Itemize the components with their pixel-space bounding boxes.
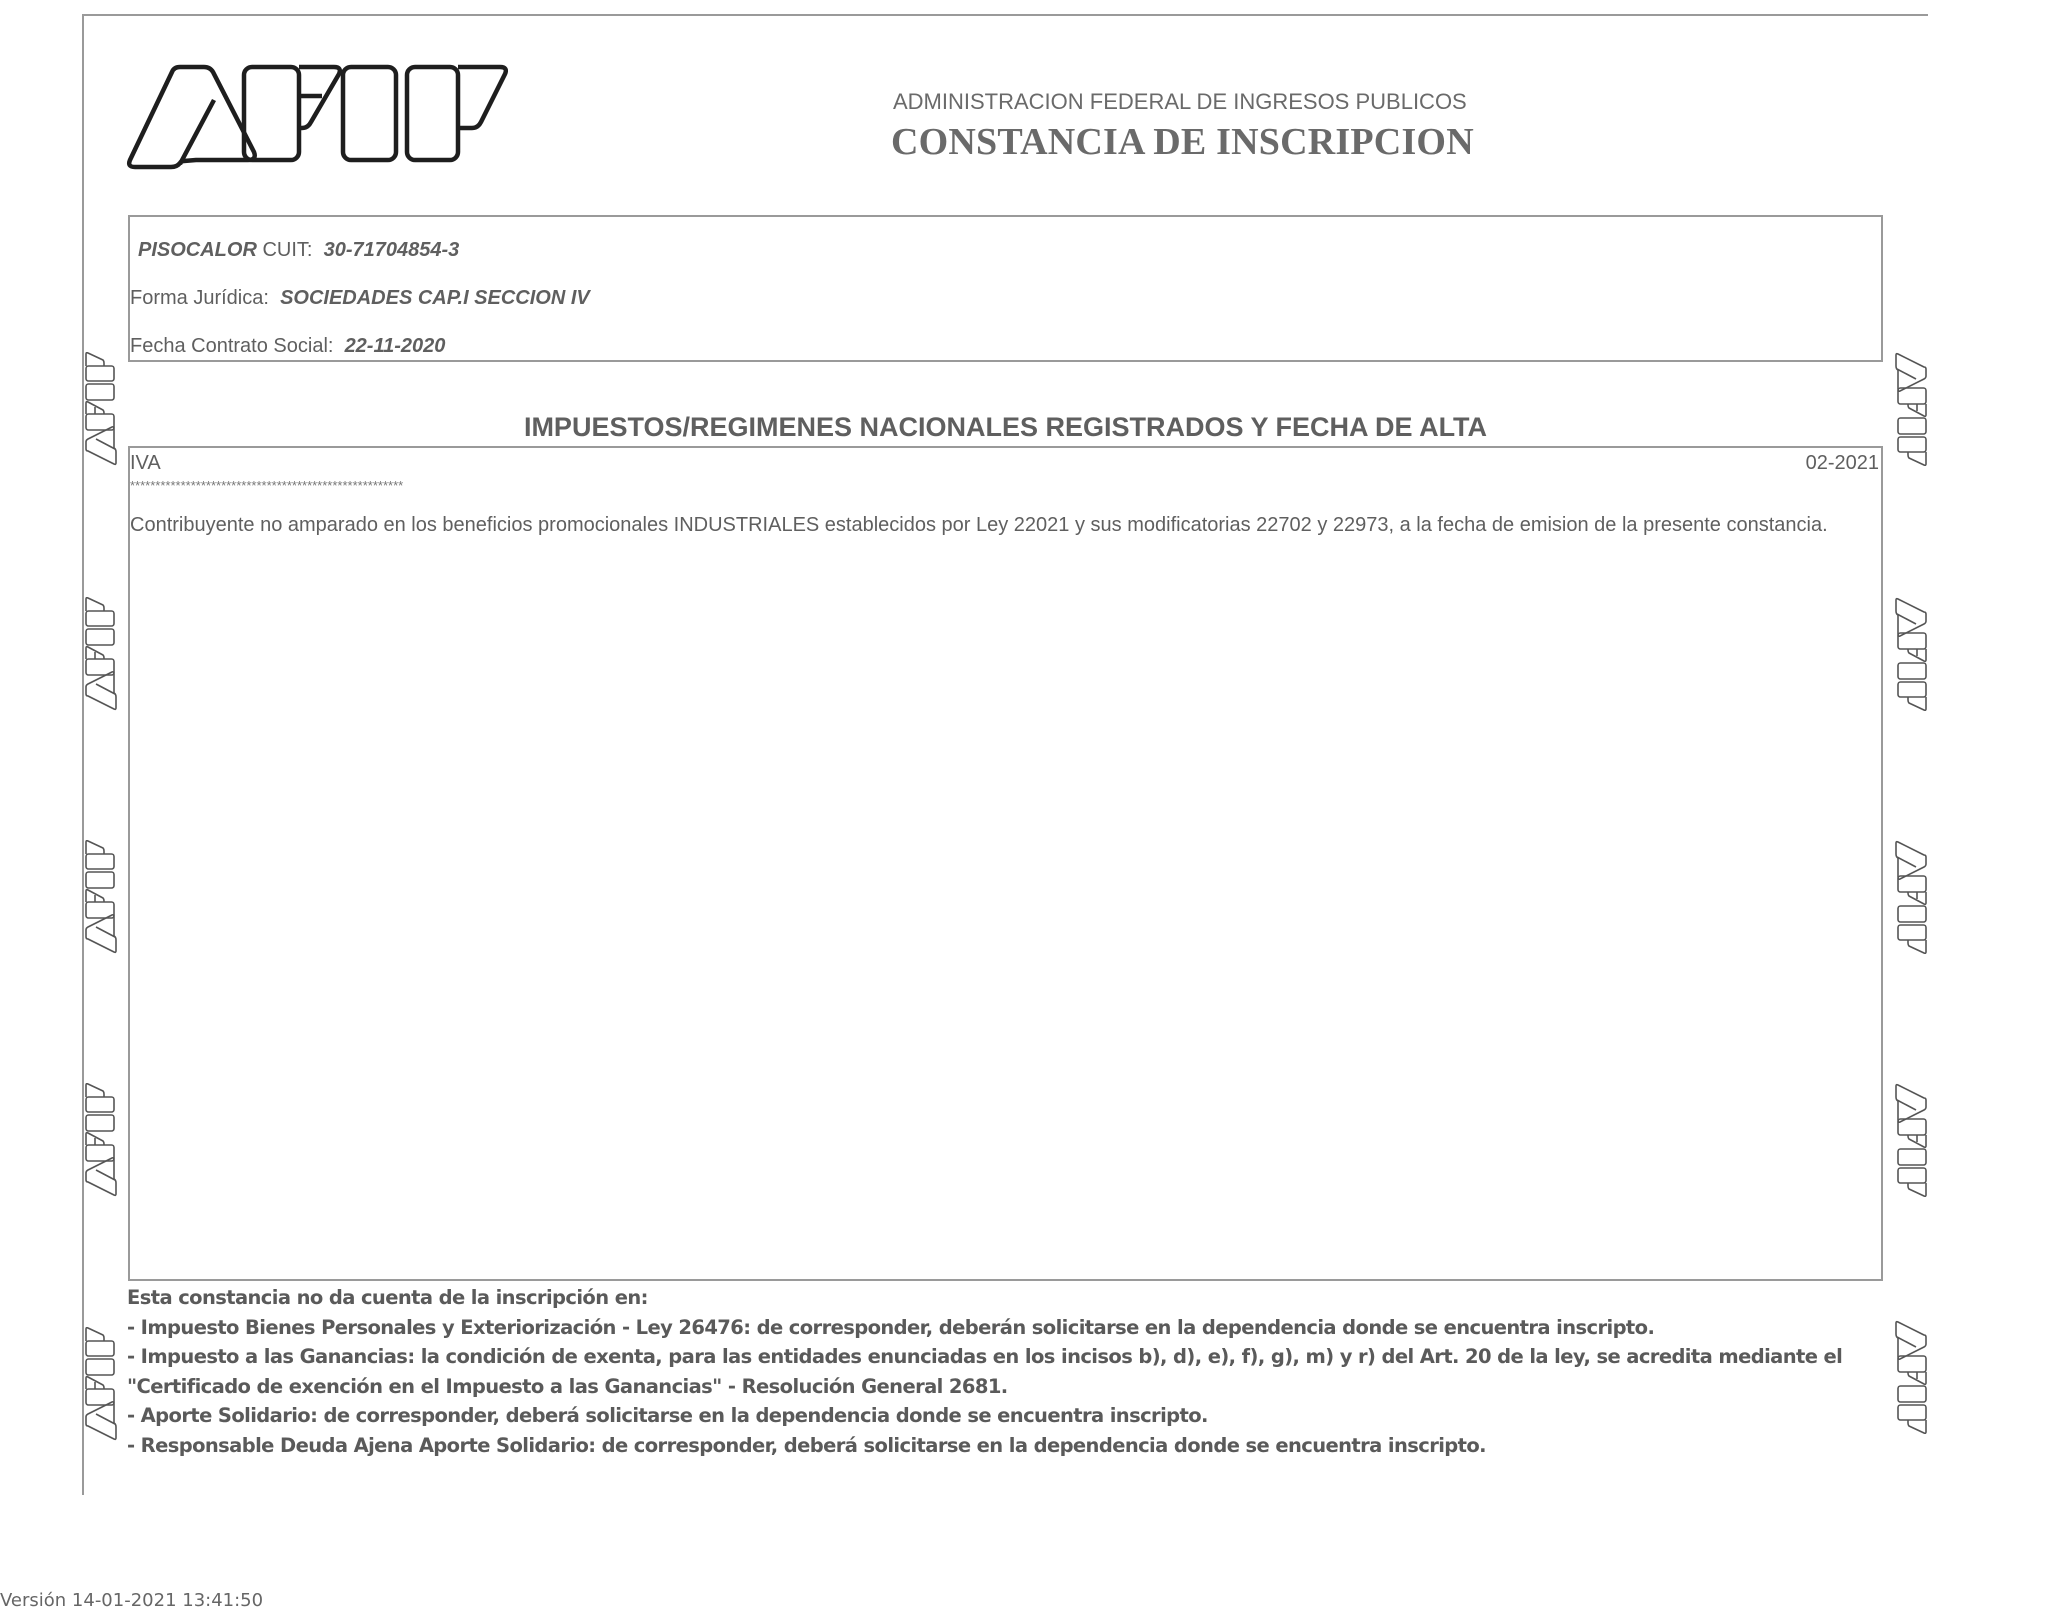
afip-watermark-icon <box>1894 840 1928 954</box>
regime-name: IVA <box>130 452 161 475</box>
agency-name: ADMINISTRACION FEDERAL DE INGRESOS PUBLI… <box>893 89 1467 115</box>
afip-watermark-icon <box>84 1083 118 1197</box>
afip-watermark-icon <box>1894 352 1928 466</box>
legal-form-label: Forma Jurídica: <box>130 287 269 309</box>
regime-row: IVA 02-2021 <box>130 448 1881 478</box>
taxpayer-name-line: PISOCALOR CUIT: 30-71704854-3 <box>138 239 459 262</box>
cuit-value: 30-71704854-3 <box>324 239 460 261</box>
legal-form-value: SOCIEDADES CAP.I SECCION IV <box>280 287 590 309</box>
note-line: - Impuesto a las Ganancias: la condición… <box>127 1342 1887 1372</box>
exclusions-notes: Esta constancia no da cuenta de la inscr… <box>127 1283 1887 1461</box>
taxpayer-name: PISOCALOR <box>138 239 257 261</box>
note-line: "Certificado de exención en el Impuesto … <box>127 1372 1887 1402</box>
afip-watermark-icon <box>84 1327 118 1441</box>
taxpayer-info-box: PISOCALOR CUIT: 30-71704854-3 Forma Jurí… <box>128 215 1883 362</box>
afip-watermark-icon <box>1894 597 1928 711</box>
regime-date: 02-2021 <box>1806 452 1879 475</box>
note-line: - Aporte Solidario: de corresponder, deb… <box>127 1401 1887 1431</box>
contract-date-label: Fecha Contrato Social: <box>130 335 333 357</box>
note-line: - Responsable Deuda Ajena Aporte Solidar… <box>127 1431 1887 1461</box>
document-title: CONSTANCIA DE INSCRIPCION <box>891 120 1474 164</box>
afip-watermark-icon <box>84 352 118 466</box>
afip-watermark-icon <box>84 597 118 711</box>
legal-form-line: Forma Jurídica: SOCIEDADES CAP.I SECCION… <box>130 287 590 310</box>
afip-watermark-icon <box>84 840 118 954</box>
industrial-promotion-note: Contribuyente no amparado en los benefic… <box>130 510 1870 540</box>
note-line: - Impuesto Bienes Personales y Exteriori… <box>127 1313 1887 1343</box>
cuit-label: CUIT: <box>262 239 312 261</box>
afip-watermark-icon <box>1894 1083 1928 1197</box>
afip-watermark-icon <box>1894 1320 1928 1434</box>
contract-date-line: Fecha Contrato Social: 22-11-2020 <box>130 335 445 358</box>
regimes-heading: IMPUESTOS/REGIMENES NACIONALES REGISTRAD… <box>128 412 1883 443</box>
version-stamp: Versión 14-01-2021 13:41:50 <box>0 1590 263 1611</box>
regimes-box: IVA 02-2021 ****************************… <box>128 446 1883 1281</box>
separator-stars: ****************************************… <box>130 478 1881 493</box>
top-border-rule <box>82 14 1928 16</box>
contract-date-value: 22-11-2020 <box>345 335 446 357</box>
afip-logo-icon <box>124 60 508 172</box>
notes-intro: Esta constancia no da cuenta de la inscr… <box>127 1283 1887 1313</box>
left-border-rule <box>82 14 84 1495</box>
